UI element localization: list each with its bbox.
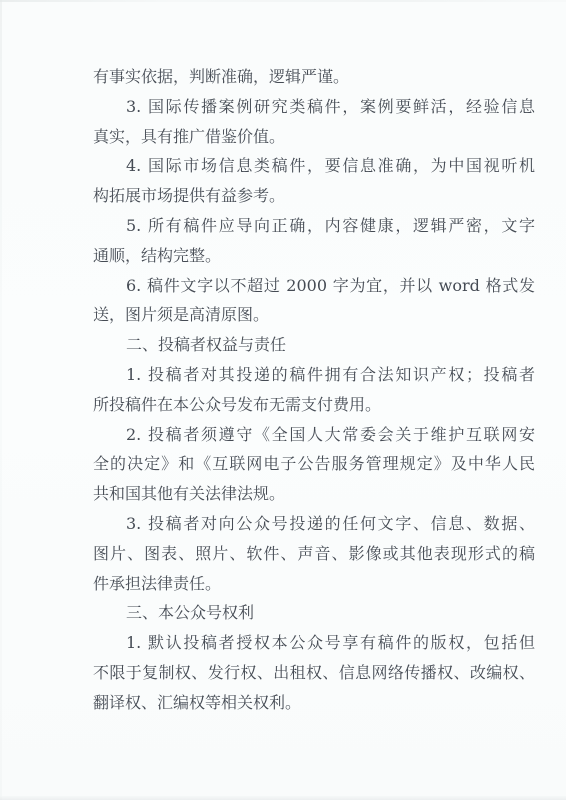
document-line: 5. 所有稿件应导向正确，内容健康，逻辑严密，文字: [93, 211, 535, 241]
document-line: 不限于复制权、发行权、出租权、信息网络传播权、改编权、: [93, 658, 535, 688]
document-line: 真实，具有推广借鉴价值。: [93, 122, 535, 152]
document-line: 有事实依据，判断准确，逻辑严谨。: [93, 62, 535, 92]
document-text-block: 有事实依据，判断准确，逻辑严谨。 3. 国际传播案例研究类稿件，案例要鲜活，经验…: [93, 62, 535, 718]
document-line: 送，图片须是高清原图。: [93, 300, 535, 330]
scan-edge-top: [0, 0, 566, 2]
document-line: 1. 投稿者对其投递的稿件拥有合法知识产权；投稿者: [93, 360, 535, 390]
document-line: 所投稿件在本公众号发布无需支付费用。: [93, 390, 535, 420]
scanned-document-screenshot: { "page": { "kind": "scanned-document", …: [0, 0, 566, 800]
document-line: 图片、图表、照片、软件、声音、影像或其他表现形式的稿: [93, 539, 535, 569]
document-line: 3. 投稿者对向公众号投递的任何文字、信息、数据、: [93, 509, 535, 539]
document-line: 共和国其他有关法律法规。: [93, 479, 535, 509]
document-line: 3. 国际传播案例研究类稿件，案例要鲜活，经验信息: [93, 92, 535, 122]
scan-edge-bottom: [0, 796, 566, 800]
document-section-heading: 二、投稿者权益与责任: [93, 330, 535, 360]
document-line: 通顺，结构完整。: [93, 241, 535, 271]
document-line: 全的决定》和《互联网电子公告服务管理规定》及中华人民: [93, 449, 535, 479]
document-line: 6. 稿件文字以不超过 2000 字为宜，并以 word 格式发: [93, 271, 535, 301]
document-line: 2. 投稿者须遵守《全国人大常委会关于维护互联网安: [93, 420, 535, 450]
document-section-heading: 三、本公众号权利: [93, 598, 535, 628]
document-line: 翻译权、汇编权等相关权利。: [93, 688, 535, 718]
document-line: 件承担法律责任。: [93, 569, 535, 599]
document-line: 4. 国际市场信息类稿件，要信息准确，为中国视听机: [93, 151, 535, 181]
document-line: 构拓展市场提供有益参考。: [93, 181, 535, 211]
document-page: 有事实依据，判断准确，逻辑严谨。 3. 国际传播案例研究类稿件，案例要鲜活，经验…: [0, 0, 566, 800]
document-line: 1. 默认投稿者授权本公众号享有稿件的版权，包括但: [93, 628, 535, 658]
scan-edge-left: [0, 0, 2, 800]
